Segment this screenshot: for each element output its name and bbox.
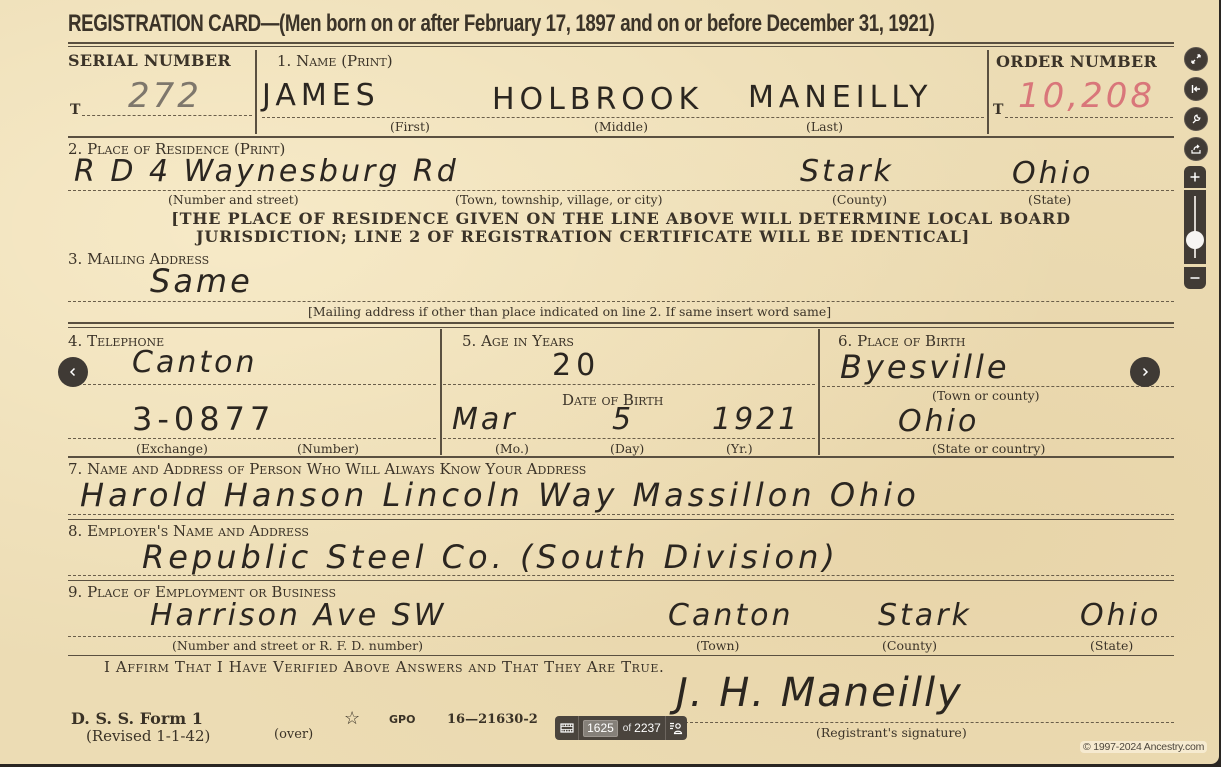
birth-town-value: Byesville xyxy=(840,348,1010,386)
employment-town-caption: (Town) xyxy=(696,638,739,653)
serial-prefix: T xyxy=(70,102,81,118)
mailing-value: Same xyxy=(150,262,253,300)
employment-state-value: Ohio xyxy=(1080,598,1161,633)
telephone-exchange-value: Canton xyxy=(132,345,257,380)
document-image: REGISTRATION CARD—(Men born on or after … xyxy=(0,0,1219,764)
dotted-line xyxy=(68,301,1174,302)
last-caption: (Last) xyxy=(806,119,843,134)
zoom-control xyxy=(1184,166,1206,290)
gpo-label: GPO xyxy=(389,713,415,726)
divider xyxy=(255,50,257,134)
dotted-line xyxy=(822,438,1174,439)
page-of-label: of xyxy=(623,723,631,734)
dotted-line xyxy=(68,438,436,439)
divider xyxy=(68,46,1174,47)
form-revised: (Revised 1-1-42) xyxy=(86,727,210,745)
collapse-panel-icon xyxy=(1190,83,1202,95)
contact-value: Harold Hanson Lincoln Way Massillon Ohio xyxy=(80,476,920,514)
index-person-icon xyxy=(669,721,683,735)
employment-street-caption: (Number and street or R. F. D. number) xyxy=(172,638,423,653)
dotted-line xyxy=(443,438,815,439)
last-name-value: MANEILLY xyxy=(748,80,932,115)
birth-day-value: 5 xyxy=(612,402,634,437)
middle-caption: (Middle) xyxy=(594,119,648,134)
state-caption: (State) xyxy=(1028,192,1071,207)
employment-county-caption: (County) xyxy=(882,638,937,653)
tools-button[interactable] xyxy=(1184,107,1208,131)
first-name-value: JAMES xyxy=(262,78,380,113)
name-label: 1. Name (Print) xyxy=(277,52,393,70)
dotted-line xyxy=(822,386,1174,387)
order-number-label: ORDER NUMBER xyxy=(996,52,1157,71)
dotted-line xyxy=(68,514,1174,515)
birth-state-caption: (State or country) xyxy=(932,441,1045,456)
dotted-line xyxy=(68,636,1174,637)
birth-month-value: Mar xyxy=(452,402,518,437)
signature-caption: (Registrant's signature) xyxy=(816,725,967,740)
divider xyxy=(987,50,989,134)
filmstrip-button[interactable] xyxy=(555,716,579,740)
birth-year-value: 1921 xyxy=(712,402,800,437)
page-total: 2237 xyxy=(634,721,661,735)
share-button[interactable] xyxy=(1184,137,1208,161)
first-caption: (First) xyxy=(390,119,430,134)
expand-icon xyxy=(1190,53,1202,65)
employment-town-value: Canton xyxy=(668,598,793,633)
birth-state-value: Ohio xyxy=(898,404,979,439)
zoom-slider[interactable] xyxy=(1184,190,1206,264)
exchange-caption: (Exchange) xyxy=(136,441,208,456)
residence-county-value: Stark xyxy=(800,154,894,189)
divider xyxy=(68,327,1174,328)
filmstrip-icon xyxy=(560,722,574,734)
employment-street-value: Harrison Ave SW xyxy=(150,598,446,633)
divider xyxy=(818,329,820,455)
order-prefix: T xyxy=(993,102,1004,118)
divider xyxy=(68,322,1174,324)
street-caption: (Number and street) xyxy=(168,192,299,207)
dotted-line xyxy=(680,722,1174,723)
dotted-line xyxy=(68,575,1174,576)
form-number: D. S. S. Form 1 xyxy=(71,709,203,728)
dotted-line xyxy=(68,384,436,385)
copyright-notice: © 1997-2024 Ancestry.com xyxy=(1080,741,1207,753)
middle-name-value: HOLBROOK xyxy=(492,82,703,117)
zoom-out-button[interactable] xyxy=(1184,267,1206,289)
employer-value: Republic Steel Co. (South Division) xyxy=(142,538,839,576)
county-caption: (County) xyxy=(832,192,887,207)
dotted-line xyxy=(262,117,984,118)
page-indicator: 1625 of 2237 xyxy=(579,716,665,740)
gpo-code: 16—21630-2 xyxy=(447,712,538,727)
over-label: (over) xyxy=(274,727,313,742)
zoom-slider-handle[interactable] xyxy=(1186,231,1204,249)
town-caption: (Town, township, village, or city) xyxy=(455,192,662,207)
number-caption: (Number) xyxy=(297,441,359,456)
divider xyxy=(440,329,442,455)
card-title: REGISTRATION CARD—(Men born on or after … xyxy=(68,10,934,38)
collapse-panel-button[interactable] xyxy=(1184,77,1208,101)
residence-state-value: Ohio xyxy=(1012,156,1093,191)
age-value: 20 xyxy=(552,348,600,383)
divider xyxy=(68,42,1174,44)
wrench-icon xyxy=(1190,113,1202,125)
employment-county-value: Stark xyxy=(878,598,972,633)
divider xyxy=(68,655,1174,656)
mailing-caption: [Mailing address if other than place ind… xyxy=(308,304,831,319)
telephone-number-value: 3-0877 xyxy=(132,400,275,438)
serial-number-value: 272 xyxy=(128,76,202,116)
residence-street-value: R D 4 Waynesburg Rd xyxy=(74,154,459,189)
divider xyxy=(68,580,1174,581)
zoom-in-button[interactable] xyxy=(1184,166,1206,188)
previous-image-button[interactable] xyxy=(58,357,88,387)
star-icon: ☆ xyxy=(344,708,360,729)
share-icon xyxy=(1190,143,1202,155)
page-number-input[interactable]: 1625 xyxy=(583,720,618,737)
divider xyxy=(68,519,1174,520)
fullscreen-button[interactable] xyxy=(1184,47,1208,71)
affirmation-text: I Affirm That I Have Verified Above Answ… xyxy=(104,658,664,676)
minus-icon xyxy=(1189,272,1201,284)
divider xyxy=(68,456,1174,458)
chevron-right-icon xyxy=(1139,366,1151,378)
dotted-line xyxy=(68,190,1174,191)
employment-state-caption: (State) xyxy=(1090,638,1133,653)
day-caption: (Day) xyxy=(610,441,644,456)
jurisdiction-notice-line2: JURISDICTION; LINE 2 OF REGISTRATION CER… xyxy=(30,228,1136,245)
chevron-left-icon xyxy=(67,366,79,378)
index-panel-button[interactable] xyxy=(665,716,687,740)
next-image-button[interactable] xyxy=(1130,357,1160,387)
serial-number-label: SERIAL NUMBER xyxy=(68,51,231,70)
birth-town-caption: (Town or county) xyxy=(932,388,1040,403)
month-caption: (Mo.) xyxy=(495,441,529,456)
plus-icon xyxy=(1189,171,1201,183)
dotted-line xyxy=(443,384,815,385)
image-pager: 1625 of 2237 xyxy=(555,716,687,740)
divider xyxy=(68,136,1174,138)
year-caption: (Yr.) xyxy=(726,441,753,456)
dotted-line xyxy=(82,115,252,116)
order-number-value: 10,208 xyxy=(1018,76,1155,116)
dotted-line xyxy=(1005,117,1173,118)
jurisdiction-notice-line1: [THE PLACE OF RESIDENCE GIVEN ON THE LIN… xyxy=(68,210,1174,227)
signature-value: J. H. Maneilly xyxy=(676,670,963,716)
